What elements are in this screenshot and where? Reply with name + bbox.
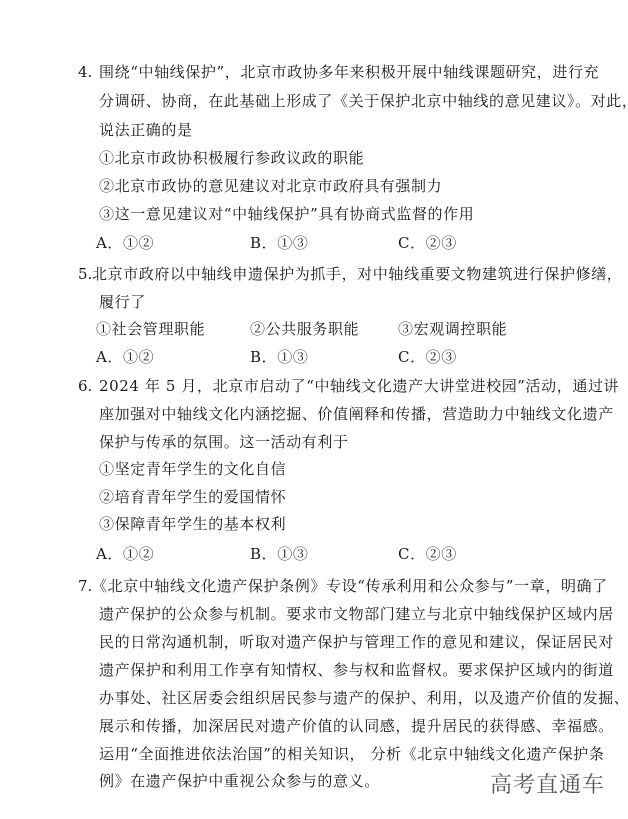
question-stem-line: 座加强对中轴线文化内涵挖掘、价值阐释和传播，营造助力中轴线文化遗产 bbox=[99, 404, 549, 424]
question-stem-line: 《北京中轴线文化遗产保护条例》专设“传承利用和公众参与”一章，明确了 bbox=[92, 576, 542, 596]
statement: ①北京市政协积极履行参政议政的职能 bbox=[99, 148, 549, 168]
choice-c: C．②③ bbox=[398, 544, 457, 564]
question-stem-line: 遗产保护的公众参与机制。要求市文物部门建立与北京中轴线保护区域内居 bbox=[99, 604, 549, 624]
question-stem-line: 办事处、社区居委会组织居民参与遗产的保护、利用，以及遗产价值的发掘、 bbox=[99, 688, 549, 708]
watermark: 高考直通车 bbox=[490, 768, 605, 799]
choice-a: A．①② bbox=[96, 347, 154, 367]
choice-b: B．①③ bbox=[250, 544, 308, 564]
question-stem-line: 北京市政府以中轴线申遗保护为抓手，对中轴线重要文物建筑进行保护修缮， bbox=[92, 264, 542, 284]
question-stem-line: 遗产保护和利用工作享有知情权、参与权和监督权。要求保护区域内的街道 bbox=[99, 660, 549, 680]
choice-b: B．①③ bbox=[250, 233, 308, 253]
question-stem-line: 围绕“中轴线保护”，北京市政协多年来积极开展中轴线课题研究，进行充 bbox=[99, 62, 549, 82]
statement: ②公共服务职能 bbox=[250, 319, 359, 339]
question-stem-line: 保护与传承的氛围。这一活动有利于 bbox=[99, 432, 549, 452]
choice-a: A．①② bbox=[96, 233, 154, 253]
question-number: 6. bbox=[78, 376, 92, 396]
statement: ②北京市政协的意见建议对北京市政府具有强制力 bbox=[99, 176, 549, 196]
choice-a: A．①② bbox=[96, 544, 154, 564]
question-stem-line: 民的日常沟通机制，听取对遗产保护与管理工作的意见和建议，保证居民对 bbox=[99, 632, 549, 652]
question-stem-line: 分调研、协商，在此基础上形成了《关于保护北京中轴线的意见建议》。对此， bbox=[99, 91, 549, 111]
choice-b: B．①③ bbox=[250, 347, 308, 367]
question-stem-line: 运用“全面推进依法治国”的相关知识， 分析《北京中轴线文化遗产保护条 bbox=[99, 744, 549, 764]
question-stem-line: 例》在遗产保护中重视公众参与的意义。 bbox=[99, 771, 549, 791]
choice-c: C．②③ bbox=[398, 233, 457, 253]
statement: ③保障青年学生的基本权利 bbox=[99, 514, 549, 534]
question-stem-line: 履行了 bbox=[99, 292, 549, 312]
statement: ①社会管理职能 bbox=[96, 319, 205, 339]
question-stem-line: 说法正确的是 bbox=[99, 120, 549, 140]
question-stem-line: 2024 年 5 月，北京市启动了“中轴线文化遗产大讲堂进校园”活动，通过讲 bbox=[99, 376, 549, 396]
statement: ②培育青年学生的爱国情怀 bbox=[99, 487, 549, 507]
choice-c: C．②③ bbox=[398, 347, 457, 367]
statement: ③这一意见建议对“中轴线保护”具有协商式监督的作用 bbox=[99, 204, 549, 224]
question-number: 7. bbox=[78, 576, 92, 596]
statement: ①坚定青年学生的文化自信 bbox=[99, 459, 549, 479]
question-number: 4. bbox=[78, 62, 92, 82]
question-stem-line: 展示和传播，加深居民对遗产价值的认同感，提升居民的获得感、幸福感。 bbox=[99, 716, 549, 736]
exam-page: 4. 围绕“中轴线保护”，北京市政协多年来积极开展中轴线课题研究，进行充 分调研… bbox=[0, 0, 628, 819]
question-number: 5. bbox=[78, 264, 92, 284]
statement: ③宏观调控职能 bbox=[398, 319, 507, 339]
